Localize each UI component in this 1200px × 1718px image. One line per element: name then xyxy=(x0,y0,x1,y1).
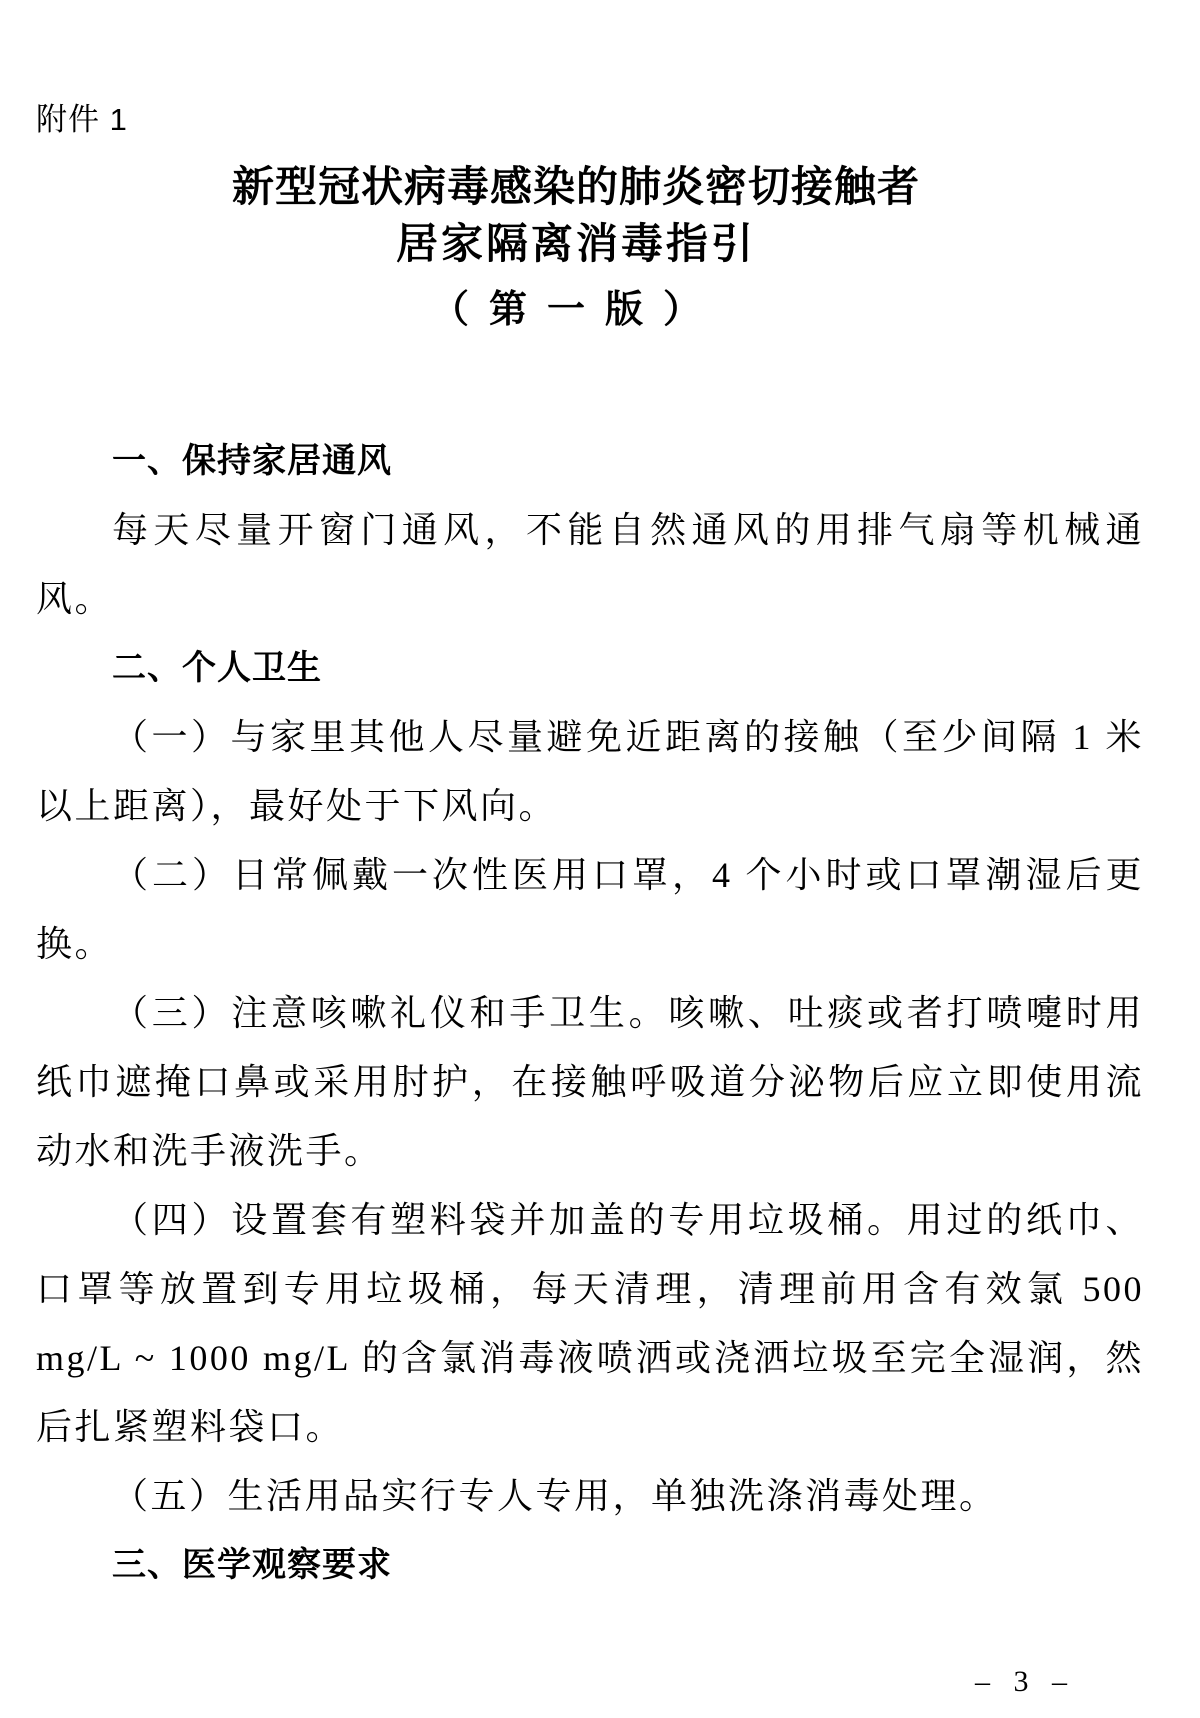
body-line: （一）与家里其他人尽量避免近距离的接触（至少间隔 1 米 xyxy=(36,703,1144,772)
document-body: 一、保持家居通风每天尽量开窗门通风，不能自然通风的用排气扇等机械通风。二、个人卫… xyxy=(36,427,1144,1600)
edition-label: （第一版） xyxy=(36,282,1116,338)
section-heading: 二、个人卫生 xyxy=(36,634,1144,703)
body-line: 每天尽量开窗门通风，不能自然通风的用排气扇等机械通 xyxy=(36,496,1144,565)
document-title-line-1: 新型冠状病毒感染的肺炎密切接触者 xyxy=(36,158,1116,218)
page-number: – 3 – xyxy=(975,1662,1075,1702)
body-line: 后扎紧塑料袋口。 xyxy=(36,1393,1144,1462)
document-page: 附件 1 新型冠状病毒感染的肺炎密切接触者 居家隔离消毒指引 （第一版） 一、保… xyxy=(0,0,1200,1718)
body-line: （二）日常佩戴一次性医用口罩，4 个小时或口罩潮湿后更 xyxy=(36,841,1144,910)
document-title-line-2: 居家隔离消毒指引 xyxy=(36,215,1116,275)
body-line: 口罩等放置到专用垃圾桶，每天清理，清理前用含有效氯 500 xyxy=(36,1255,1144,1324)
body-line: mg/L ~ 1000 mg/L 的含氯消毒液喷洒或浇洒垃圾至完全湿润，然 xyxy=(36,1324,1144,1393)
attachment-label: 附件 1 xyxy=(36,100,128,140)
body-line: 换。 xyxy=(36,910,1144,979)
body-line: 动水和洗手液洗手。 xyxy=(36,1117,1144,1186)
section-heading: 一、保持家居通风 xyxy=(36,427,1144,496)
body-line: 以上距离），最好处于下风向。 xyxy=(36,772,1144,841)
body-line: （五）生活用品实行专人专用，单独洗涤消毒处理。 xyxy=(36,1462,1144,1531)
section-heading: 三、医学观察要求 xyxy=(36,1531,1144,1600)
body-line: （四）设置套有塑料袋并加盖的专用垃圾桶。用过的纸巾、 xyxy=(36,1186,1144,1255)
body-line: 风。 xyxy=(36,565,1144,634)
body-line: 纸巾遮掩口鼻或采用肘护，在接触呼吸道分泌物后应立即使用流 xyxy=(36,1048,1144,1117)
body-line: （三）注意咳嗽礼仪和手卫生。咳嗽、吐痰或者打喷嚏时用 xyxy=(36,979,1144,1048)
